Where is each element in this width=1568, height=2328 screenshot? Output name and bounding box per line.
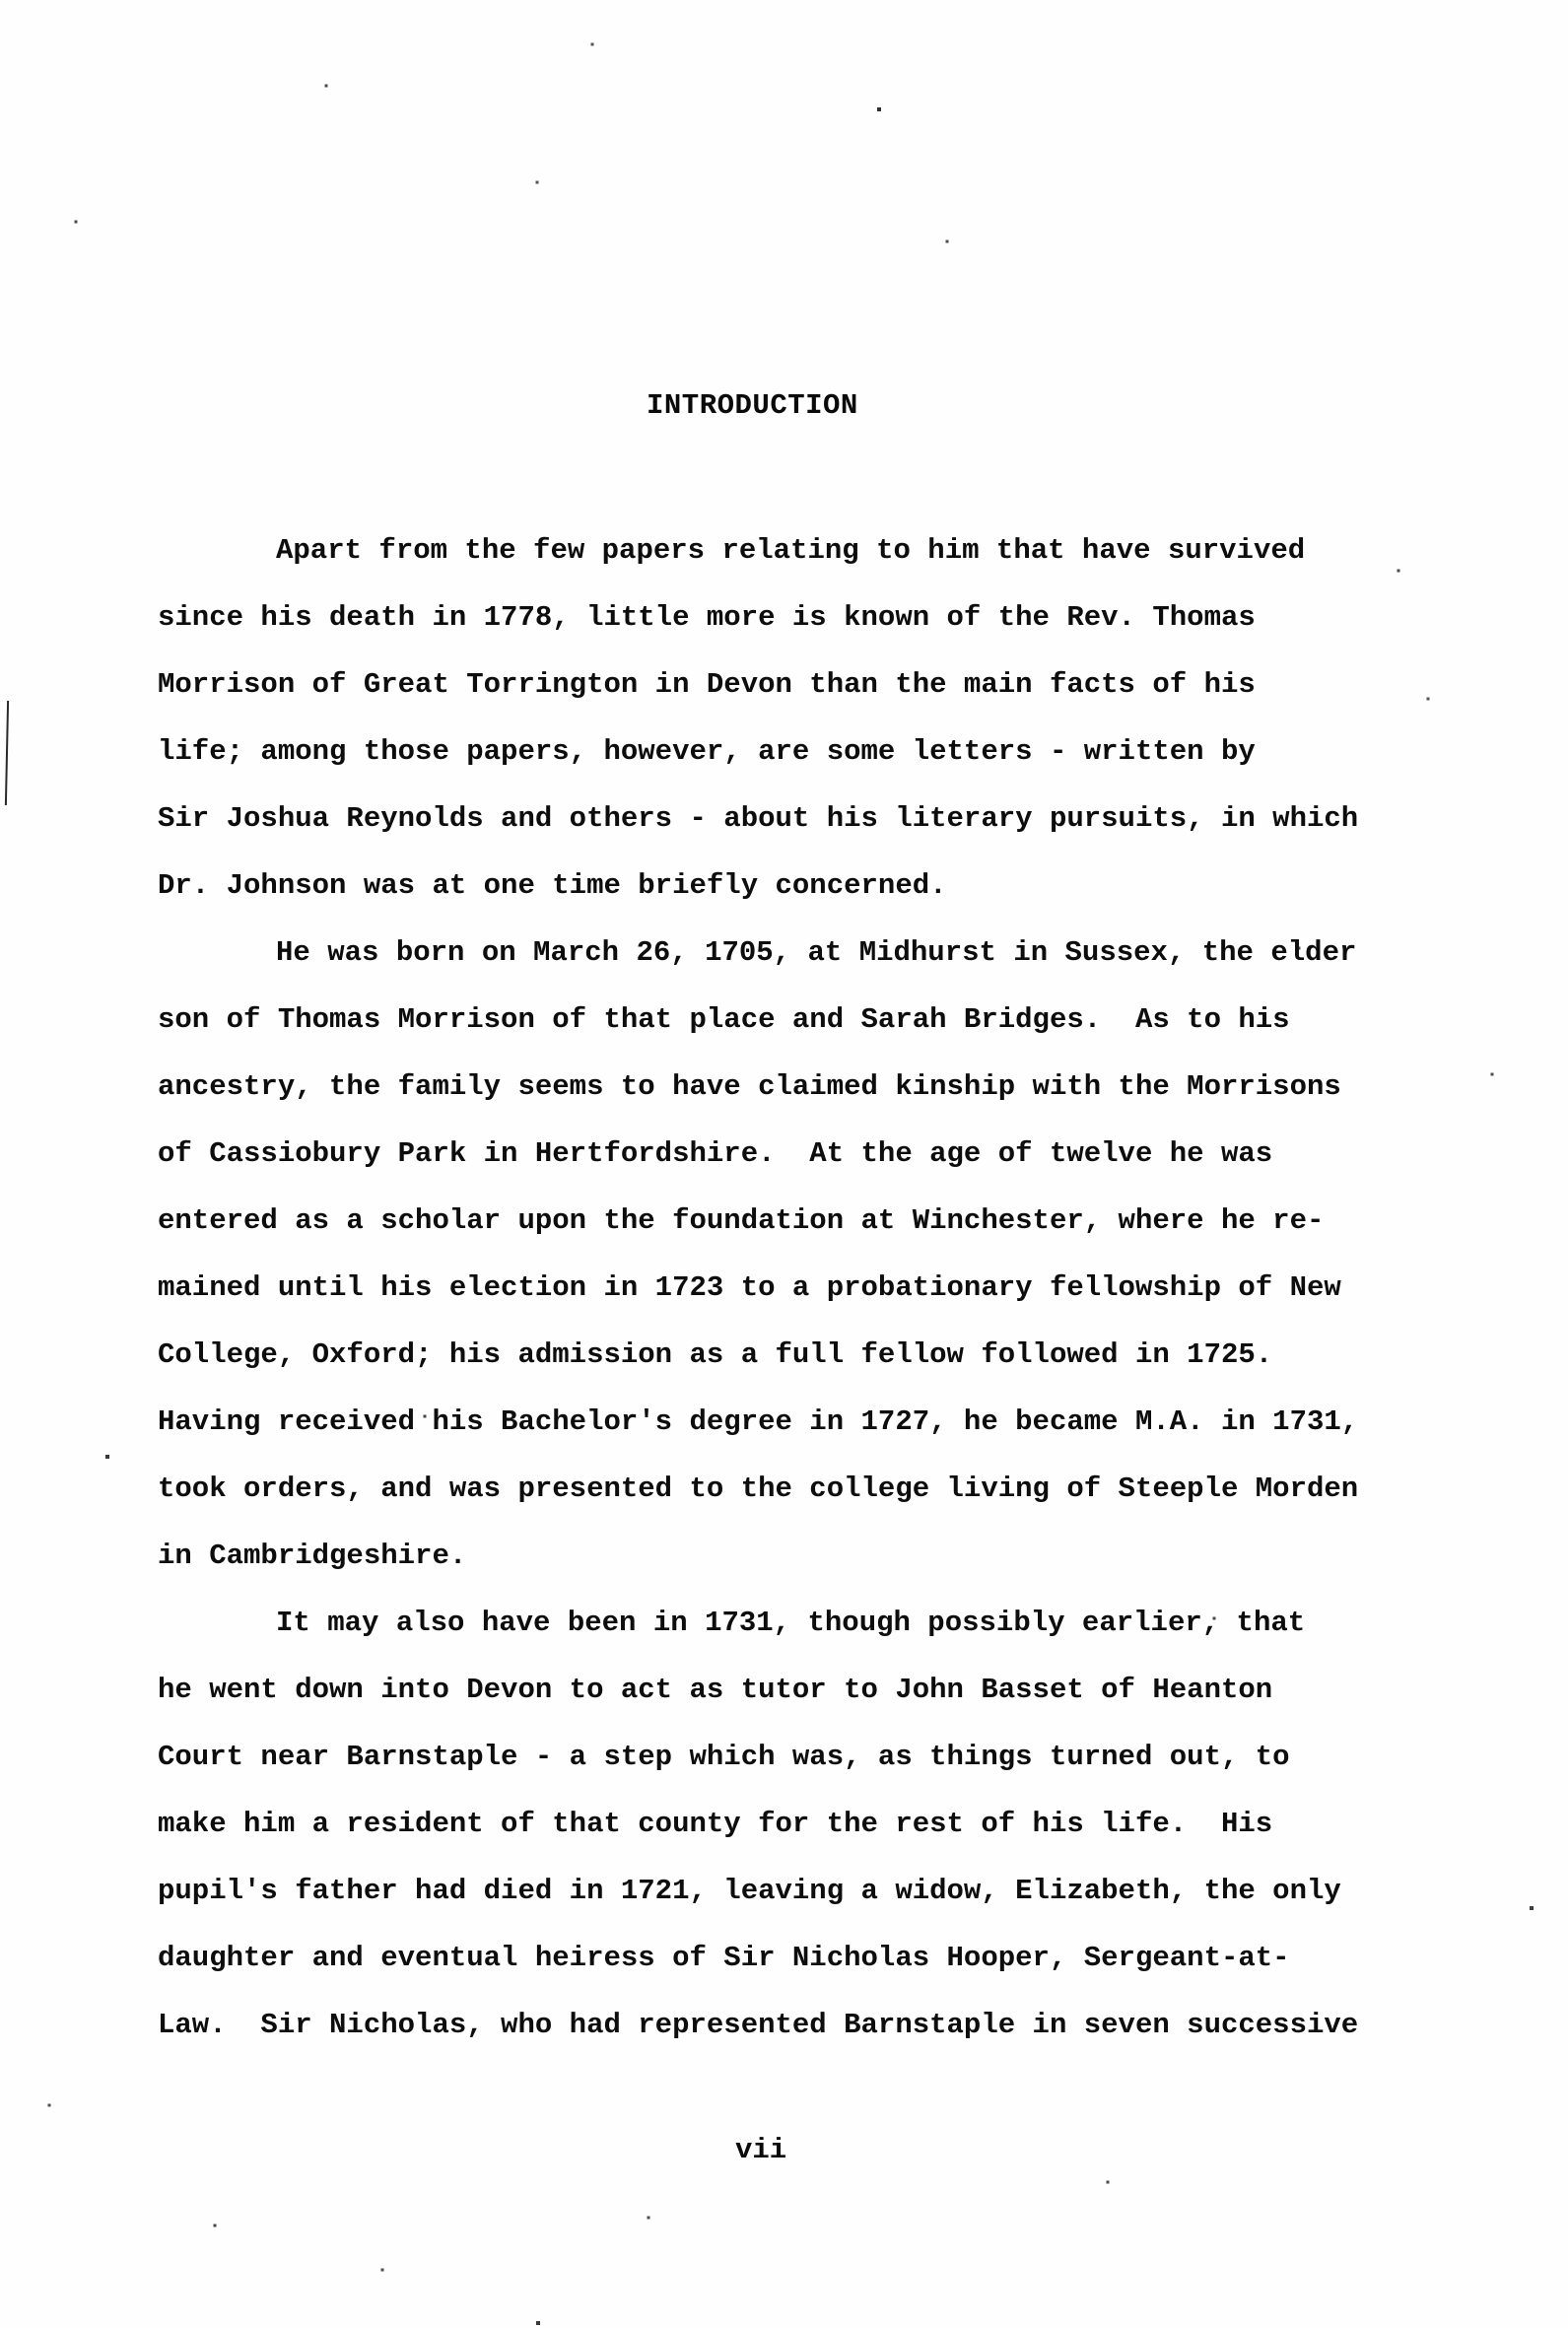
text-line: ancestry, the family seems to have claim… — [158, 1054, 1439, 1121]
text-line: son of Thomas Morrison of that place and… — [158, 987, 1439, 1054]
text-line: life; among those papers, however, are s… — [158, 719, 1439, 786]
text-line: entered as a scholar upon the foundation… — [158, 1188, 1439, 1255]
text-line: took orders, and was presented to the co… — [158, 1456, 1439, 1523]
page-title: INTRODUCTION — [647, 390, 858, 422]
paragraph: It may also have been in 1731, though po… — [158, 1590, 1439, 2059]
text-line: of Cassiobury Park in Hertfordshire. At … — [158, 1121, 1439, 1188]
text-line: College, Oxford; his admission as a full… — [158, 1322, 1439, 1389]
text-line: since his death in 1778, little more is … — [158, 584, 1439, 651]
paragraph: Apart from the few papers relating to hi… — [158, 517, 1439, 920]
text-line: He was born on March 26, 1705, at Midhur… — [158, 920, 1439, 987]
text-line: in Cambridgeshire. — [158, 1523, 1439, 1590]
text-line: daughter and eventual heiress of Sir Nic… — [158, 1925, 1439, 1992]
text-line: mained until his election in 1723 to a p… — [158, 1255, 1439, 1322]
text-line: Having received his Bachelor's degree in… — [158, 1389, 1439, 1456]
text-line: It may also have been in 1731, though po… — [158, 1590, 1439, 1657]
text-line: make him a resident of that county for t… — [158, 1791, 1439, 1858]
text-line: Dr. Johnson was at one time briefly conc… — [158, 853, 1439, 920]
document-body: Apart from the few papers relating to hi… — [158, 517, 1439, 2059]
text-line: Sir Joshua Reynolds and others - about h… — [158, 786, 1439, 853]
text-line: Apart from the few papers relating to hi… — [158, 517, 1439, 584]
paragraph: He was born on March 26, 1705, at Midhur… — [158, 920, 1439, 1590]
text-line: Law. Sir Nicholas, who had represented B… — [158, 1992, 1439, 2059]
text-line: Morrison of Great Torrington in Devon th… — [158, 651, 1439, 719]
text-line: pupil's father had died in 1721, leaving… — [158, 1858, 1439, 1925]
page-number: vii — [735, 2131, 786, 2170]
document-page: INTRODUCTION Apart from the few papers r… — [0, 0, 1568, 2328]
scan-noise-specks — [0, 0, 2, 2]
scan-artifact-mark — [5, 701, 9, 805]
text-line: he went down into Devon to act as tutor … — [158, 1657, 1439, 1724]
text-line: Court near Barnstaple - a step which was… — [158, 1724, 1439, 1791]
